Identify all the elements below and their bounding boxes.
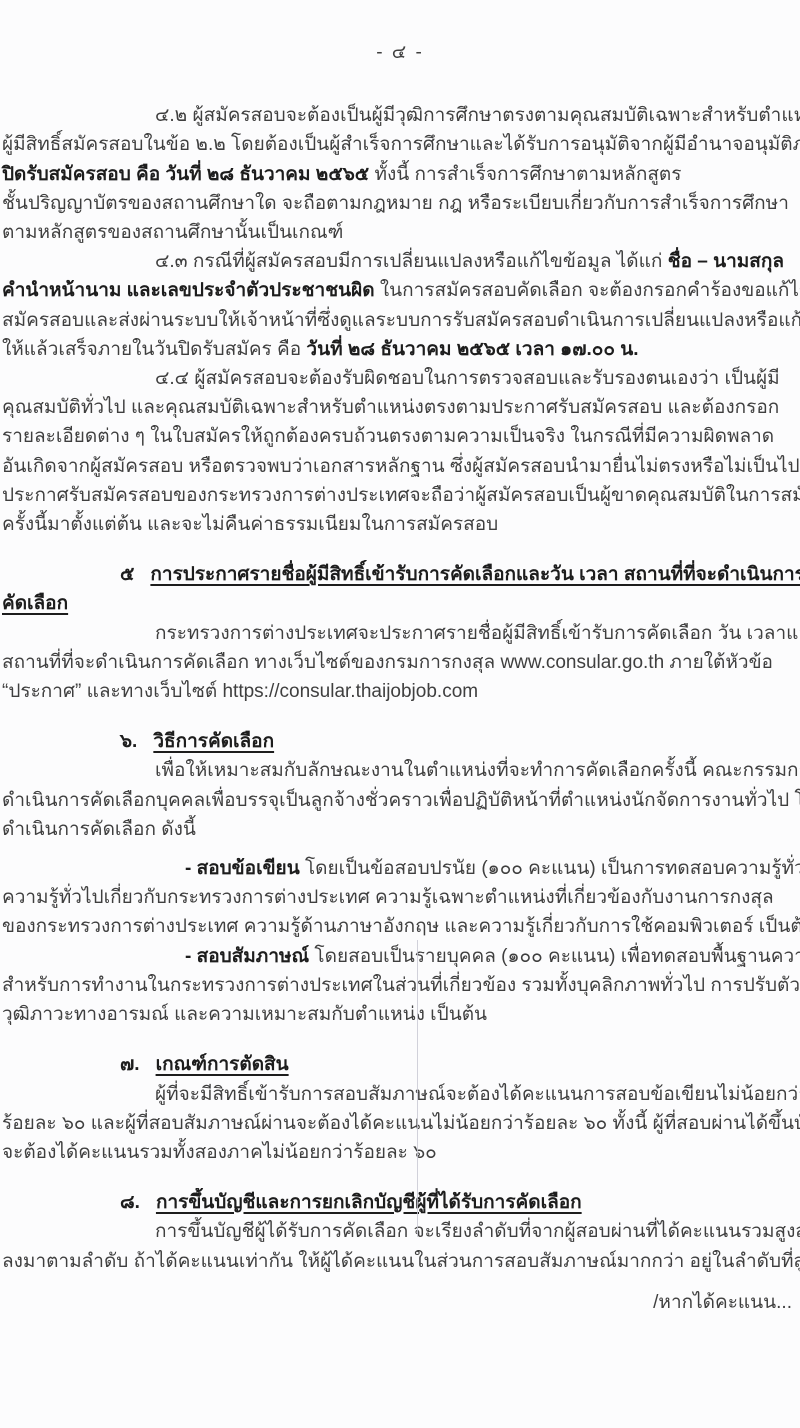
text-run: - สอบข้อเขียน <box>185 858 305 879</box>
text-run: ดำเนินการคัดเลือก ดังนี้ <box>2 819 196 840</box>
text-line: ครั้งนี้มาตั้งแต่ต้น และจะไม่คืนค่าธรรมเ… <box>0 510 800 539</box>
text-line: ๗.เกณฑ์การตัดสิน <box>0 1050 800 1079</box>
text-run: สำหรับการทำงานในกระทรวงการต่างประเทศในส่… <box>2 975 800 996</box>
page-number: - ๔ - <box>0 38 800 67</box>
text-run: ๔.๒ ผู้สมัครสอบจะต้องเป็นผู้มีวุฒิการศึก… <box>155 105 800 126</box>
text-run: เพื่อให้เหมาะสมกับลักษณะงานในตำแหน่งที่จ… <box>155 760 800 781</box>
text-run: กระทรวงการต่างประเทศจะประกาศรายชื่อผู้มี… <box>155 623 800 644</box>
text-run: จะต้องได้คะแนนรวมทั้งสองภาคไม่น้อยกว่าร้… <box>2 1142 437 1163</box>
text-line: สถานที่ที่จะดำเนินการคัดเลือก ทางเว็บไซต… <box>0 648 800 677</box>
text-run: รายละเอียดต่าง ๆ ในใบสมัครให้ถูกต้องครบถ… <box>2 426 774 447</box>
text-run: ความรู้ทั่วไปเกี่ยวกับกระทรวงการต่างประเ… <box>2 887 774 908</box>
text-run: สมัครสอบและส่งผ่านระบบให้เจ้าหน้าที่ซึ่ง… <box>2 310 800 331</box>
text-line: รายละเอียดต่าง ๆ ในใบสมัครให้ถูกต้องครบถ… <box>0 422 800 451</box>
text-run: ลงมาตามลำดับ ถ้าได้คะแนนเท่ากัน ให้ผู้ได… <box>2 1251 800 1272</box>
text-line: สมัครสอบและส่งผ่านระบบให้เจ้าหน้าที่ซึ่ง… <box>0 306 800 335</box>
text-run: “ประกาศ” และทางเว็บไซต์ https://consular… <box>2 681 478 702</box>
text-run: ร้อยละ ๖๐ และผู้ที่สอบสัมภาษณ์ผ่านจะต้อง… <box>2 1113 800 1134</box>
text-line: ลงมาตามลำดับ ถ้าได้คะแนนเท่ากัน ให้ผู้ได… <box>0 1247 800 1276</box>
text-run: เกณฑ์การตัดสิน <box>156 1054 289 1075</box>
text-line: ดำเนินการคัดเลือกบุคคลเพื่อบรรจุเป็นลูกจ… <box>0 786 800 815</box>
text-run: ผู้มีสิทธิ์สมัครสอบในข้อ ๒.๒ โดยต้องเป็น… <box>2 134 800 155</box>
text-line: วุฒิภาวะทางอารมณ์ และความเหมาะสมกับตำแหน… <box>0 1000 800 1029</box>
text-line: ปิดรับสมัครสอบ คือ วันที่ ๒๘ ธันวาคม ๒๕๖… <box>0 160 800 189</box>
text-line: สำหรับการทำงานในกระทรวงการต่างประเทศในส่… <box>0 971 800 1000</box>
text-line: ๔.๒ ผู้สมัครสอบจะต้องเป็นผู้มีวุฒิการศึก… <box>0 101 800 130</box>
text-line: คุณสมบัติทั่วไป และคุณสมบัติเฉพาะสำหรับต… <box>0 393 800 422</box>
text-run: ๘. <box>120 1192 140 1213</box>
text-run: ๔.๓ กรณีที่ผู้สมัครสอบมีการเปลี่ยนแปลงหร… <box>155 251 668 272</box>
text-run: ตามหลักสูตรของสถานศึกษานั้นเป็นเกณฑ์ <box>2 222 343 243</box>
text-run: ให้แล้วเสร็จภายในวันปิดรับสมัคร คือ <box>2 339 306 360</box>
text-line: “ประกาศ” และทางเว็บไซต์ https://consular… <box>0 677 800 706</box>
text-run: วิธีการคัดเลือก <box>153 731 274 752</box>
continuation-note: /หากได้คะแนน... <box>0 1288 800 1317</box>
text-line: กระทรวงการต่างประเทศจะประกาศรายชื่อผู้มี… <box>0 619 800 648</box>
text-run: โดยสอบเป็นรายบุคคล (๑๐๐ คะแนน) เพื่อทดสอ… <box>314 946 800 967</box>
text-line: ชั้นปริญญาบัตรของสถานศึกษาใด จะถือตามกฎห… <box>0 189 800 218</box>
text-line: จะต้องได้คะแนนรวมทั้งสองภาคไม่น้อยกว่าร้… <box>0 1138 800 1167</box>
text-line: ๘.การขึ้นบัญชีและการยกเลิกบัญชีผู้ที่ได้… <box>0 1188 800 1217</box>
text-run: การขึ้นบัญชีผู้ได้รับการคัดเลือก จะเรียง… <box>155 1221 800 1242</box>
text-line: ๕การประกาศรายชื่อผู้มีสิทธิ์เข้ารับการคั… <box>0 560 800 589</box>
text-run: ดำเนินการคัดเลือกบุคคลเพื่อบรรจุเป็นลูกจ… <box>2 790 800 811</box>
text-line: ๖.วิธีการคัดเลือก <box>0 727 800 756</box>
text-line: ประกาศรับสมัครสอบของกระทรวงการต่างประเทศ… <box>0 481 800 510</box>
text-run: วุฒิภาวะทางอารมณ์ และความเหมาะสมกับตำแหน… <box>2 1004 487 1025</box>
scan-artifact-line <box>417 940 418 1237</box>
text-run: การประกาศรายชื่อผู้มีสิทธิ์เข้ารับการคัด… <box>150 564 800 585</box>
text-line: ความรู้ทั่วไปเกี่ยวกับกระทรวงการต่างประเ… <box>0 883 800 912</box>
text-line: ให้แล้วเสร็จภายในวันปิดรับสมัคร คือ วันท… <box>0 335 800 364</box>
text-run: อันเกิดจากผู้สมัครสอบ หรือตรวจพบว่าเอกสา… <box>2 456 800 477</box>
text-run: โดยเป็นข้อสอบปรนัย (๑๐๐ คะแนน) เป็นการทด… <box>305 858 800 879</box>
text-run: - สอบสัมภาษณ์ <box>185 946 314 967</box>
text-line: - สอบข้อเขียน โดยเป็นข้อสอบปรนัย (๑๐๐ คะ… <box>0 854 800 883</box>
text-line: ตามหลักสูตรของสถานศึกษานั้นเป็นเกณฑ์ <box>0 218 800 247</box>
text-run: การขึ้นบัญชีและการยกเลิกบัญชีผู้ที่ได้รั… <box>156 1192 582 1213</box>
text-line: ของกระทรวงการต่างประเทศ ความรู้ด้านภาษาอ… <box>0 912 800 941</box>
text-line: อันเกิดจากผู้สมัครสอบ หรือตรวจพบว่าเอกสา… <box>0 452 800 481</box>
text-line: ผู้ที่จะมีสิทธิ์เข้ารับการสอบสัมภาษณ์จะต… <box>0 1080 800 1109</box>
text-line: ๔.๔ ผู้สมัครสอบจะต้องรับผิดชอบในการตรวจส… <box>0 364 800 393</box>
text-line: เพื่อให้เหมาะสมกับลักษณะงานในตำแหน่งที่จ… <box>0 756 800 785</box>
text-run: ในการสมัครสอบคัดเลือก จะต้องกรอกคำร้องขอ… <box>380 280 800 301</box>
text-run: คัดเลือก <box>2 593 68 614</box>
text-run: ชั้นปริญญาบัตรของสถานศึกษาใด จะถือตามกฎห… <box>2 193 789 214</box>
text-run: ๕ <box>120 564 134 585</box>
text-run: ประกาศรับสมัครสอบของกระทรวงการต่างประเทศ… <box>2 485 800 506</box>
text-line: ร้อยละ ๖๐ และผู้ที่สอบสัมภาษณ์ผ่านจะต้อง… <box>0 1109 800 1138</box>
text-run: คำนำหน้านาม และเลขประจำตัวประชาชนผิด <box>2 280 380 301</box>
text-line: - สอบสัมภาษณ์ โดยสอบเป็นรายบุคคล (๑๐๐ คะ… <box>0 942 800 971</box>
text-line: คัดเลือก <box>0 589 800 618</box>
text-line: คำนำหน้านาม และเลขประจำตัวประชาชนผิด ในก… <box>0 276 800 305</box>
text-run: สถานที่ที่จะดำเนินการคัดเลือก ทางเว็บไซต… <box>2 652 773 673</box>
document-page: - ๔ - ๔.๒ ผู้สมัครสอบจะต้องเป็นผู้มีวุฒิ… <box>0 0 800 1428</box>
text-run: ๖. <box>120 731 137 752</box>
text-line: การขึ้นบัญชีผู้ได้รับการคัดเลือก จะเรียง… <box>0 1217 800 1246</box>
text-line: ๔.๓ กรณีที่ผู้สมัครสอบมีการเปลี่ยนแปลงหร… <box>0 247 800 276</box>
text-run: ครั้งนี้มาตั้งแต่ต้น และจะไม่คืนค่าธรรมเ… <box>2 514 498 535</box>
text-line: ดำเนินการคัดเลือก ดังนี้ <box>0 815 800 844</box>
text-run: ของกระทรวงการต่างประเทศ ความรู้ด้านภาษาอ… <box>2 916 800 937</box>
text-run: วันที่ ๒๘ ธันวาคม ๒๕๖๕ เวลา ๑๗.๐๐ น. <box>306 339 638 360</box>
text-run: ปิดรับสมัครสอบ คือ วันที่ ๒๘ ธันวาคม ๒๕๖… <box>2 164 374 185</box>
text-run: ๗. <box>120 1054 140 1075</box>
text-line: ผู้มีสิทธิ์สมัครสอบในข้อ ๒.๒ โดยต้องเป็น… <box>0 130 800 159</box>
text-run: ชื่อ – นามสกุล <box>668 251 784 272</box>
text-run: ๔.๔ ผู้สมัครสอบจะต้องรับผิดชอบในการตรวจส… <box>155 368 780 389</box>
text-run: คุณสมบัติทั่วไป และคุณสมบัติเฉพาะสำหรับต… <box>2 397 779 418</box>
text-run: ผู้ที่จะมีสิทธิ์เข้ารับการสอบสัมภาษณ์จะต… <box>155 1084 800 1105</box>
document-body: ๔.๒ ผู้สมัครสอบจะต้องเป็นผู้มีวุฒิการศึก… <box>0 101 800 1276</box>
text-run: ทั้งนี้ การสำเร็จการศึกษาตามหลักสูตร <box>374 164 681 185</box>
